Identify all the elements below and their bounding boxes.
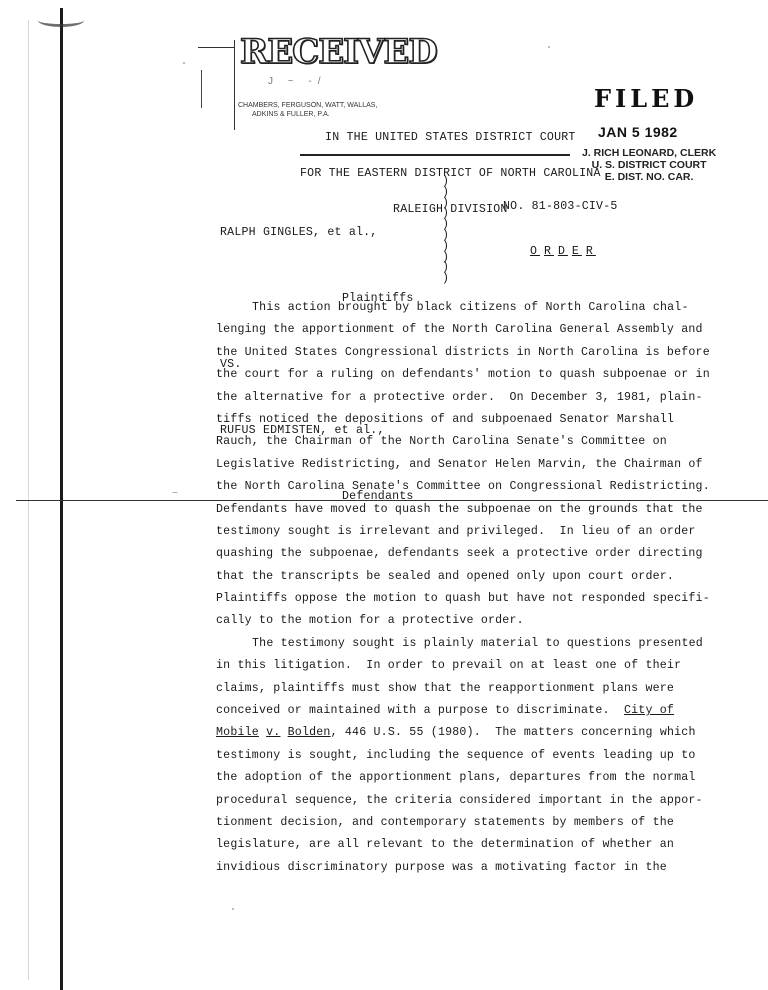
- stamp-mark: [201, 70, 202, 108]
- order-body: This action brought by black citizens of…: [216, 297, 696, 879]
- body-line: the adoption of the apportionment plans,…: [216, 767, 696, 789]
- scan-speck: [548, 46, 550, 48]
- body-line: tiffs noticed the depositions of and sub…: [216, 409, 696, 431]
- stamp-bracket: [198, 47, 234, 48]
- case-citation: Mobile: [216, 726, 259, 739]
- case-citation: v.: [266, 726, 280, 739]
- caption-paren: ): [442, 274, 449, 285]
- body-line: claims, plaintiffs must show that the re…: [216, 678, 696, 700]
- body-line: the North Carolina Senate's Committee on…: [216, 476, 696, 498]
- body-line: The testimony sought is plainly material…: [216, 633, 696, 655]
- court-header-line: IN THE UNITED STATES DISTRICT COURT: [300, 132, 601, 144]
- body-line: tionment decision, and contemporary stat…: [216, 812, 696, 834]
- caption-parentheses: )))))))))): [442, 177, 449, 285]
- case-citation: Bolden: [288, 726, 331, 739]
- body-line: conceived or maintained with a purpose t…: [216, 700, 696, 722]
- filed-stamp: FILED: [594, 84, 698, 113]
- filed-clerk-block: J. RICH LEONARD, CLERK U. S. DISTRICT CO…: [582, 147, 716, 183]
- body-line: invidious discriminatory purpose was a m…: [216, 857, 696, 879]
- ink-smudge: [38, 14, 84, 27]
- filed-court: U. S. DISTRICT COURT: [582, 159, 716, 171]
- document-title-letter: O: [530, 245, 540, 258]
- body-line: in this litigation. In order to prevail …: [216, 655, 696, 677]
- header-divider: [300, 154, 570, 156]
- body-line: that the transcripts be sealed and opene…: [216, 566, 696, 588]
- body-line: Mobile v. Bolden, 446 U.S. 55 (1980). Th…: [216, 722, 696, 744]
- document-title: ORDER: [530, 245, 600, 258]
- case-number: NO. 81-803-CIV-5: [503, 200, 618, 213]
- filed-district: E. DIST. NO. CAR.: [582, 171, 716, 183]
- body-line: testimony sought is irrelevant and privi…: [216, 521, 696, 543]
- body-line: Rauch, the Chairman of the North Carolin…: [216, 431, 696, 453]
- filed-clerk-name: J. RICH LEONARD, CLERK: [582, 147, 716, 159]
- body-line: testimony is sought, including the seque…: [216, 745, 696, 767]
- body-line: Defendants have moved to quash the subpo…: [216, 499, 696, 521]
- scan-speck: [183, 62, 185, 64]
- body-line: the alternative for a protective order. …: [216, 387, 696, 409]
- body-line: This action brought by black citizens of…: [216, 297, 696, 319]
- body-line: quashing the subpoenae, defendants seek …: [216, 543, 696, 565]
- body-line: Plaintiffs oppose the motion to quash bu…: [216, 588, 696, 610]
- body-line: procedural sequence, the criteria consid…: [216, 790, 696, 812]
- document-title-letter: R: [586, 245, 596, 258]
- scan-speck: [172, 492, 178, 493]
- plaintiff-name: RALPH GINGLES, et al.,: [220, 222, 414, 244]
- case-citation: City of: [624, 704, 674, 717]
- body-line: lenging the apportionment of the North C…: [216, 319, 696, 341]
- body-line: cally to the motion for a protective ord…: [216, 610, 696, 632]
- document-title-letter: R: [544, 245, 554, 258]
- document-title-letter: D: [558, 245, 568, 258]
- scan-margin-rule: [60, 8, 63, 990]
- body-line: the United States Congressional district…: [216, 342, 696, 364]
- body-line: Legislative Redistricting, and Senator H…: [216, 454, 696, 476]
- filed-date: JAN 5 1982: [598, 124, 678, 140]
- received-stamp-date: J ~ -/: [268, 76, 327, 87]
- received-stamp: RECEIVED: [240, 32, 437, 72]
- document-title-letter: E: [572, 245, 582, 258]
- scan-speck: [232, 908, 234, 910]
- body-line: legislature, are all relevant to the det…: [216, 834, 696, 856]
- body-line: the court for a ruling on defendants' mo…: [216, 364, 696, 386]
- stamp-bracket: [234, 40, 235, 130]
